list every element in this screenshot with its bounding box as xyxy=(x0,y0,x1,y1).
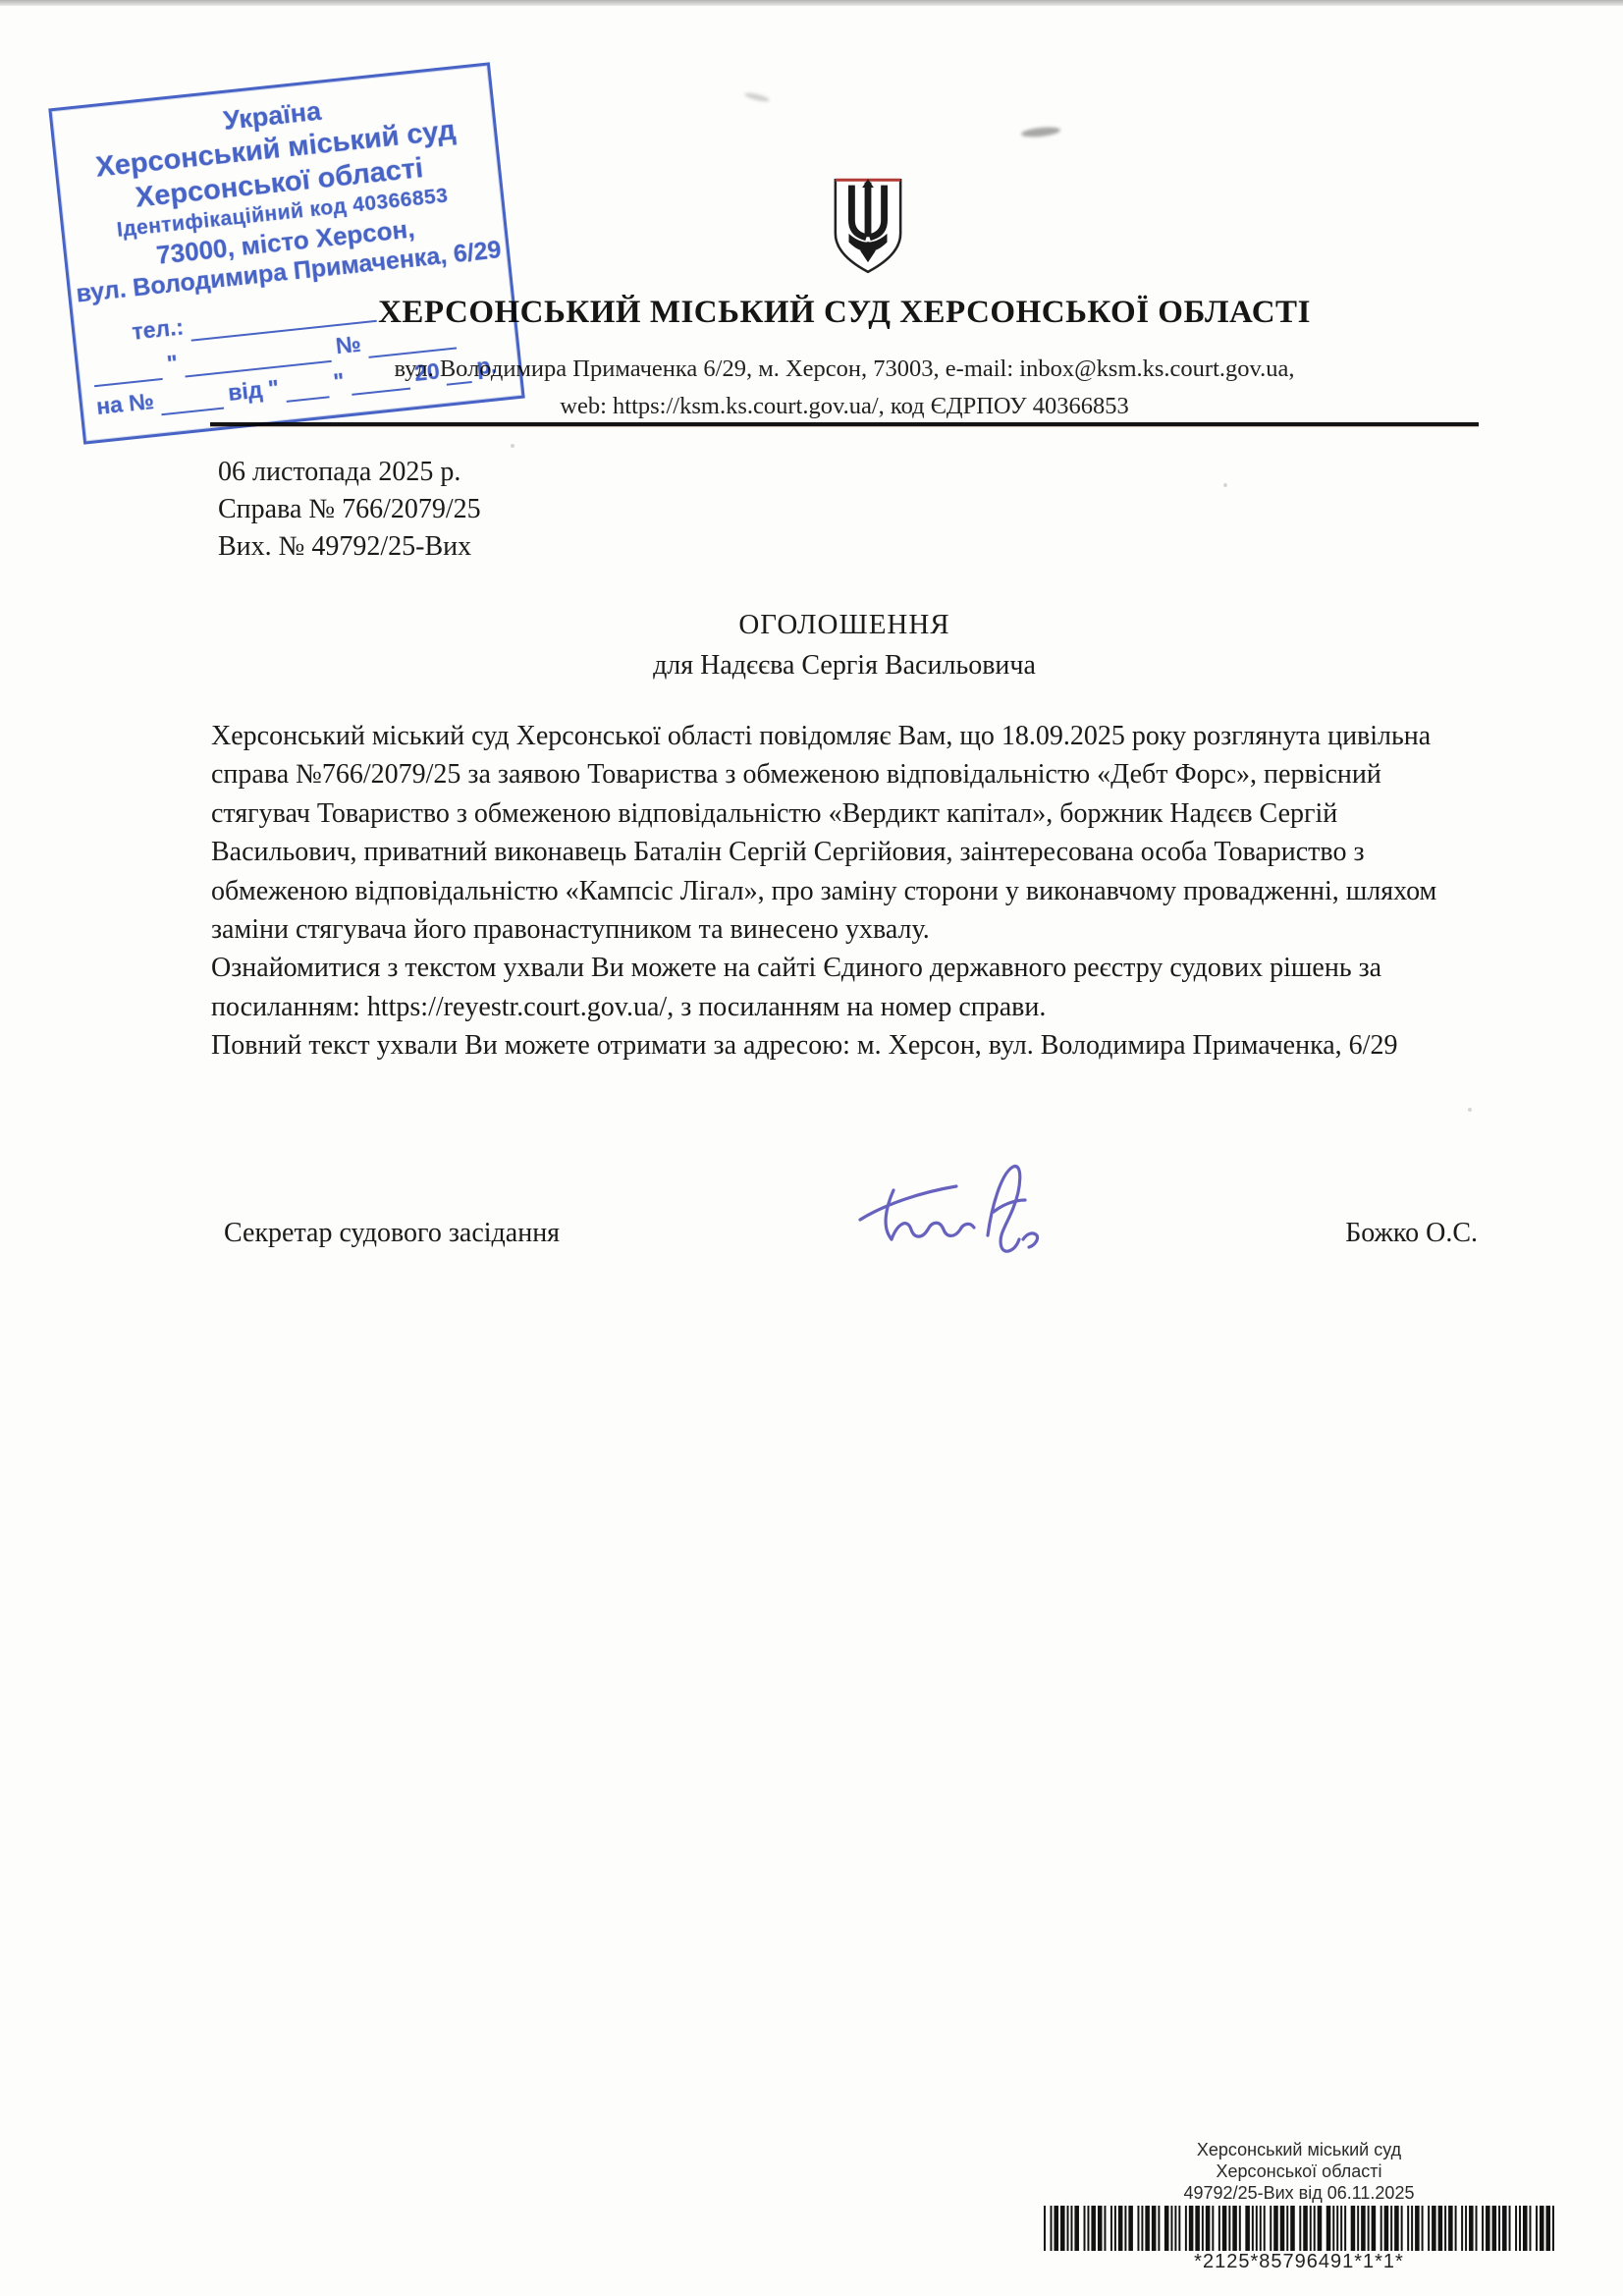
stamp-year-prefix: 20 xyxy=(412,355,441,388)
stamp-number-sign: № xyxy=(334,328,362,362)
stamp-quote-mark: " xyxy=(165,347,179,379)
stamp-blank-line xyxy=(445,361,472,386)
body-paragraph: Херсонський міський суд Херсонської обла… xyxy=(211,717,1443,949)
document-date: 06 листопада 2025 р. xyxy=(218,454,481,491)
scan-speck xyxy=(511,444,514,448)
stamp-vid-label: від xyxy=(227,373,264,408)
footer-court-name: Херсонський міський суд xyxy=(1041,2139,1557,2160)
announcement-addressee: для Надєєва Сергія Васильовича xyxy=(211,650,1478,682)
footer-doc-reference: 49792/25-Вих від 06.11.2025 xyxy=(1041,2182,1557,2204)
footer-court-region: Херсонської області xyxy=(1041,2160,1557,2182)
signer-name: Божко О.С. xyxy=(1345,1218,1478,1249)
barcode-text: *2125*85796491*1*1* xyxy=(1041,2251,1557,2272)
case-number: Справа № 766/2079/25 xyxy=(218,491,481,528)
stamp-na-no-label: на № xyxy=(95,385,156,422)
announcement-title: ОГОЛОШЕННЯ xyxy=(211,609,1478,641)
stamp-tel-label: тел.: xyxy=(131,310,186,347)
ink-smudge-artifact xyxy=(744,91,771,103)
announcement-body: Херсонський міський суд Херсонської обла… xyxy=(211,717,1443,1066)
ink-smudge-artifact xyxy=(1021,126,1061,138)
registration-footer: Херсонський міський суд Херсонської обла… xyxy=(1041,2139,1557,2272)
stamp-quote-mark: " xyxy=(266,372,280,405)
stamp-blank-line xyxy=(284,376,329,402)
stamp-blank-line xyxy=(92,358,163,387)
signer-role: Секретар судового засідання xyxy=(224,1218,560,1249)
stamp-year-suffix: р. xyxy=(475,349,499,382)
court-ink-stamp: Україна Херсонський міський суд Херсонсь… xyxy=(48,62,524,444)
body-paragraph: Ознайомитися з текстом ухвали Ви можете … xyxy=(211,949,1443,1026)
barcode xyxy=(1041,2206,1557,2251)
scan-edge-artifact xyxy=(0,0,1623,6)
stamp-blank-line xyxy=(159,388,224,416)
letterhead-divider xyxy=(210,422,1479,426)
outgoing-number: Вих. № 49792/25-Вих xyxy=(218,528,481,566)
document-reference-block: 06 листопада 2025 р. Справа № 766/2079/2… xyxy=(218,454,481,566)
scan-speck xyxy=(1223,483,1227,487)
scan-speck xyxy=(1468,1108,1472,1112)
trident-emblem-icon xyxy=(830,173,906,281)
body-paragraph: Повний текст ухвали Ви можете отримати з… xyxy=(211,1026,1443,1065)
handwritten-signature-ink xyxy=(852,1157,1060,1255)
stamp-blank-line xyxy=(350,368,410,396)
scanned-court-document: Україна Херсонський міський суд Херсонсь… xyxy=(0,0,1623,2296)
stamp-quote-mark: " xyxy=(332,365,346,398)
